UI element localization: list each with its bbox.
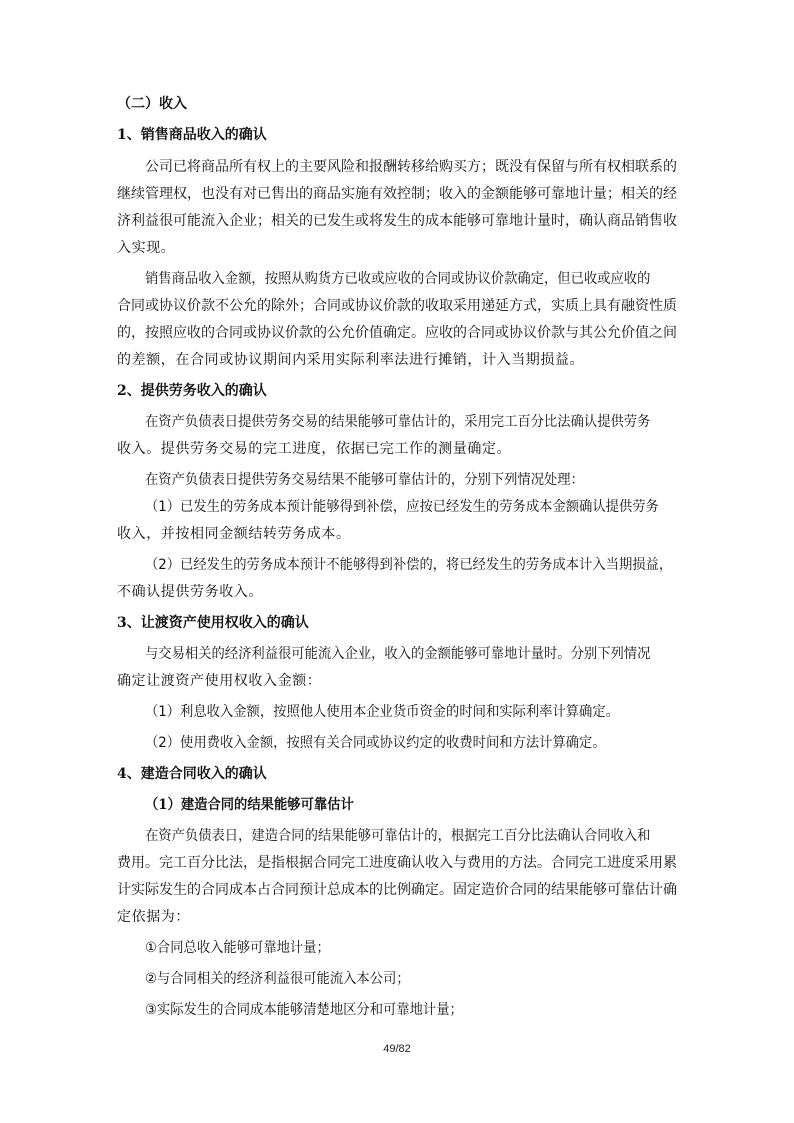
paragraph-line: 与交易相关的经济利益很可能流入企业，收入的金额能够可靠地计量时。分别下列情况 bbox=[145, 645, 677, 663]
heading-asset-use-revenue: 3、让渡资产使用权收入的确认 bbox=[117, 614, 677, 632]
paragraph-line: 在资产负债表日，建造合同的结果能够可靠估计的，根据完工百分比法确认合同收入和 bbox=[145, 827, 677, 845]
list-item: ②与合同相关的经济利益很可能流入本公司； bbox=[145, 970, 677, 988]
heading-sales-revenue: 1、销售商品收入的确认 bbox=[117, 126, 677, 144]
paragraph-line: 合同或协议价款不公允的除外；合同或协议价款的收取采用递延方式，实质上具有融资性质 bbox=[117, 297, 677, 315]
paragraph-line: （2）已经发生的劳务成本预计不能够得到补偿的，将已经发生的劳务成本计入当期损益， bbox=[145, 556, 677, 574]
paragraph-line: 销售商品收入金额，按照从购货方已收或应收的合同或协议价款确定，但已收或应收的 bbox=[145, 270, 677, 288]
paragraph-line: 在资产负债表日提供劳务交易结果不能够可靠估计的，分别下列情况处理： bbox=[145, 471, 677, 489]
paragraph-line: （1）利息收入金额，按照他人使用本企业货币资金的时间和实际利率计算确定。 bbox=[145, 703, 677, 721]
paragraph-line: 入实现。 bbox=[117, 239, 677, 257]
list-item: ①合同总收入能够可靠地计量； bbox=[145, 939, 677, 957]
paragraph-line: 收入。提供劳务交易的完工进度，依据已完工作的测量确定。 bbox=[117, 440, 677, 458]
document-page: （二）收入 1、销售商品收入的确认 公司已将商品所有权上的主要风险和报酬转移给购… bbox=[0, 0, 794, 1123]
paragraph-line: 的差额，在合同或协议期间内采用实际利率法进行摊销，计入当期损益。 bbox=[117, 351, 677, 369]
page-number: 49/82 bbox=[0, 1043, 794, 1055]
paragraph-line: 继续管理权，也没有对已售出的商品实施有效控制；收入的金额能够可靠地计量；相关的经 bbox=[117, 185, 677, 203]
paragraph-line: （2）使用费收入金额，按照有关合同或协议约定的收费时间和方法计算确定。 bbox=[145, 734, 677, 752]
paragraph-line: 费用。完工百分比法，是指根据合同完工进度确认收入与费用的方法。合同完工进度采用累 bbox=[117, 854, 677, 872]
heading-construction-revenue: 4、建造合同收入的确认 bbox=[117, 765, 677, 783]
paragraph-line: 计实际发生的合同成本占合同预计总成本的比例确定。固定造价合同的结果能够可靠估计确 bbox=[117, 881, 677, 899]
subheading-reliable-estimate: （1）建造合同的结果能够可靠估计 bbox=[145, 796, 677, 814]
section-title: （二）收入 bbox=[117, 95, 677, 113]
paragraph-line: 公司已将商品所有权上的主要风险和报酬转移给购买方；既没有保留与所有权相联系的 bbox=[145, 158, 677, 176]
paragraph-line: 确定让渡资产使用权收入金额： bbox=[117, 672, 677, 690]
paragraph-line: 的，按照应收的合同或协议价款的公允价值确定。应收的合同或协议价款与其公允价值之间 bbox=[117, 324, 677, 342]
paragraph-line: 在资产负债表日提供劳务交易的结果能够可靠估计的，采用完工百分比法确认提供劳务 bbox=[145, 413, 677, 431]
list-item: ③实际发生的合同成本能够清楚地区分和可靠地计量； bbox=[145, 1001, 677, 1019]
paragraph-line: 济利益很可能流入企业；相关的已发生或将发生的成本能够可靠地计量时，确认商品销售收 bbox=[117, 212, 677, 230]
paragraph-line: （1）已发生的劳务成本预计能够得到补偿，应按已经发生的劳务成本金额确认提供劳务 bbox=[145, 498, 677, 516]
paragraph-line: 不确认提供劳务收入。 bbox=[117, 583, 677, 601]
heading-service-revenue: 2、提供劳务收入的确认 bbox=[117, 382, 677, 400]
paragraph-line: 收入，并按相同金额结转劳务成本。 bbox=[117, 525, 677, 543]
paragraph-line: 定依据为： bbox=[117, 908, 677, 926]
